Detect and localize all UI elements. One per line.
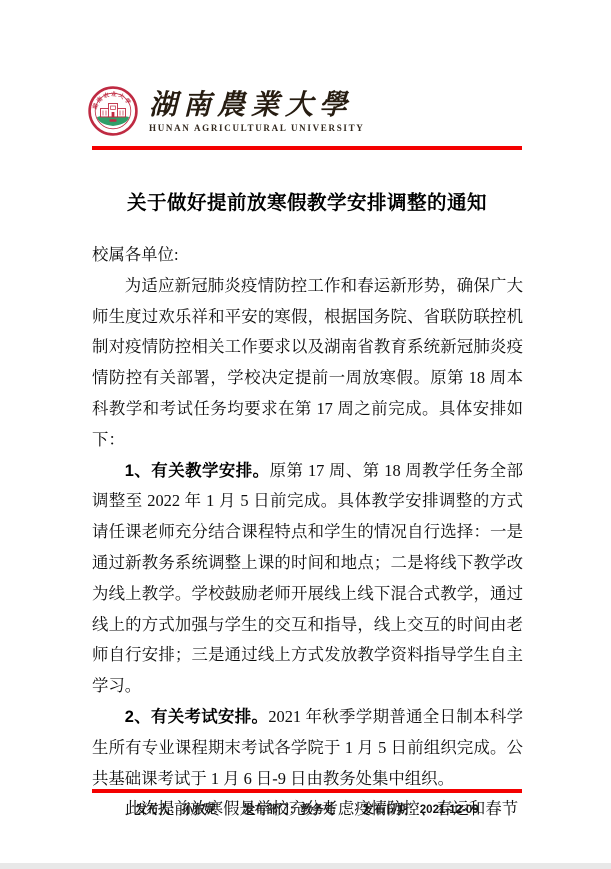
paragraph-teaching: 1、有关教学安排。原第 17 周、第 18 周教学任务全部调整至 2022 年 … bbox=[92, 456, 523, 702]
department-value: 教务处 bbox=[301, 804, 336, 816]
letterhead: 湖南农业大学 湖南農業大學 HUNAN AGRICULTURAL UNIVERS… bbox=[88, 86, 365, 136]
publish-department: 发布部门：教务处 bbox=[243, 801, 335, 817]
salutation: 校属各单位: bbox=[92, 240, 523, 271]
notice-body: 校属各单位: 为适应新冠肺炎疫情防控工作和春运新形势，确保广大师生度过欢乐祥和平… bbox=[92, 240, 523, 825]
publish-date: 发布日期：2021-12-09 bbox=[362, 801, 478, 817]
notice-title: 关于做好提前放寒假教学安排调整的通知 bbox=[60, 187, 554, 215]
university-name-cn: 湖南農業大學 bbox=[149, 89, 365, 121]
date-value: 2021-12-09 bbox=[420, 804, 479, 816]
document-page: 湖南农业大学 湖南農業大學 HUNAN AGRICULTURAL UNIVERS… bbox=[0, 0, 611, 869]
university-name-en: HUNAN AGRICULTURAL UNIVERSITY bbox=[149, 123, 365, 133]
publish-meta: 发布人：孙东妮 发布部门：教务处 发布日期：2021-12-09 bbox=[92, 801, 522, 817]
university-logo-icon: 湖南农业大学 bbox=[88, 86, 138, 136]
publisher: 发布人：孙东妮 bbox=[135, 801, 216, 817]
paragraph-exam: 2、有关考试安排。2021 年秋季学期普通全日制本科学生所有专业课程期末考试各学… bbox=[92, 702, 523, 794]
footer-divider-rule bbox=[92, 789, 522, 793]
publisher-label: 发布人： bbox=[135, 804, 181, 816]
department-label: 发布部门： bbox=[243, 804, 301, 816]
paragraph-lead: 2、有关考试安排。 bbox=[125, 708, 269, 726]
page-bottom-edge bbox=[0, 863, 611, 869]
paragraph-lead: 1、有关教学安排。 bbox=[125, 462, 270, 480]
date-label: 发布日期： bbox=[362, 804, 420, 816]
paragraph-text: 原第 17 周、第 18 周教学任务全部调整至 2022 年 1 月 5 日前完… bbox=[92, 461, 523, 696]
university-name-block: 湖南農業大學 HUNAN AGRICULTURAL UNIVERSITY bbox=[149, 89, 365, 133]
paragraph-intro: 为适应新冠肺炎疫情防控工作和春运新形势，确保广大师生度过欢乐祥和平安的寒假，根据… bbox=[92, 271, 523, 456]
header-divider-rule bbox=[92, 146, 522, 150]
publisher-value: 孙东妮 bbox=[181, 804, 216, 816]
paragraph-text: 为适应新冠肺炎疫情防控工作和春运新形势，确保广大师生度过欢乐祥和平安的寒假，根据… bbox=[92, 276, 523, 449]
